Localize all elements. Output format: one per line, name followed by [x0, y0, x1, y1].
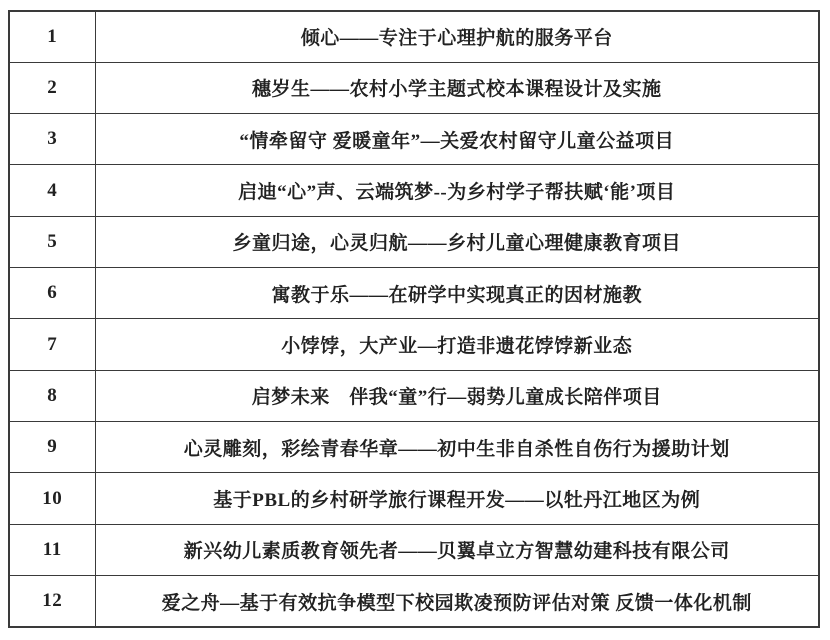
row-number: 2: [9, 62, 95, 113]
row-number: 7: [9, 319, 95, 370]
table-row: 8 启梦未来 伴我“童”行—弱势儿童成长陪伴项目: [9, 370, 819, 421]
project-title: 穗岁生——农村小学主题式校本课程设计及实施: [95, 62, 819, 113]
project-title: 寓教于乐——在研学中实现真正的因材施教: [95, 268, 819, 319]
row-number: 3: [9, 114, 95, 165]
row-number: 4: [9, 165, 95, 216]
project-title: 新兴幼儿素质教育领先者——贝翼卓立方智慧幼建科技有限公司: [95, 524, 819, 575]
project-title: 启迪“心”声、云端筑梦--为乡村学子帮扶赋‘能’项目: [95, 165, 819, 216]
table-row: 4 启迪“心”声、云端筑梦--为乡村学子帮扶赋‘能’项目: [9, 165, 819, 216]
table-row: 11 新兴幼儿素质教育领先者——贝翼卓立方智慧幼建科技有限公司: [9, 524, 819, 575]
row-number: 12: [9, 576, 95, 627]
row-number: 9: [9, 422, 95, 473]
row-number: 8: [9, 370, 95, 421]
row-number: 11: [9, 524, 95, 575]
row-number: 6: [9, 268, 95, 319]
project-title: 小饽饽，大产业—打造非遗花饽饽新业态: [95, 319, 819, 370]
row-number: 10: [9, 473, 95, 524]
table-row: 5 乡童归途，心灵归航——乡村儿童心理健康教育项目: [9, 216, 819, 267]
table-row: 10 基于PBL的乡村研学旅行课程开发——以牡丹江地区为例: [9, 473, 819, 524]
table-row: 7 小饽饽，大产业—打造非遗花饽饽新业态: [9, 319, 819, 370]
row-number: 1: [9, 11, 95, 62]
project-title: 基于PBL的乡村研学旅行课程开发——以牡丹江地区为例: [95, 473, 819, 524]
table-row: 6 寓教于乐——在研学中实现真正的因材施教: [9, 268, 819, 319]
project-title: 乡童归途，心灵归航——乡村儿童心理健康教育项目: [95, 216, 819, 267]
table-row: 12 爱之舟—基于有效抗争模型下校园欺凌预防评估对策 反馈一体化机制: [9, 576, 819, 627]
project-list-table: 1 倾心——专注于心理护航的服务平台 2 穗岁生——农村小学主题式校本课程设计及…: [8, 10, 820, 628]
row-number: 5: [9, 216, 95, 267]
table-row: 9 心灵雕刻，彩绘青春华章——初中生非自杀性自伤行为援助计划: [9, 422, 819, 473]
project-title: “情牵留守 爱暖童年”—关爱农村留守儿童公益项目: [95, 114, 819, 165]
table-row: 2 穗岁生——农村小学主题式校本课程设计及实施: [9, 62, 819, 113]
project-title: 心灵雕刻，彩绘青春华章——初中生非自杀性自伤行为援助计划: [95, 422, 819, 473]
table-row: 3 “情牵留守 爱暖童年”—关爱农村留守儿童公益项目: [9, 114, 819, 165]
project-title: 爱之舟—基于有效抗争模型下校园欺凌预防评估对策 反馈一体化机制: [95, 576, 819, 627]
table-row: 1 倾心——专注于心理护航的服务平台: [9, 11, 819, 62]
project-title: 倾心——专注于心理护航的服务平台: [95, 11, 819, 62]
project-title: 启梦未来 伴我“童”行—弱势儿童成长陪伴项目: [95, 370, 819, 421]
